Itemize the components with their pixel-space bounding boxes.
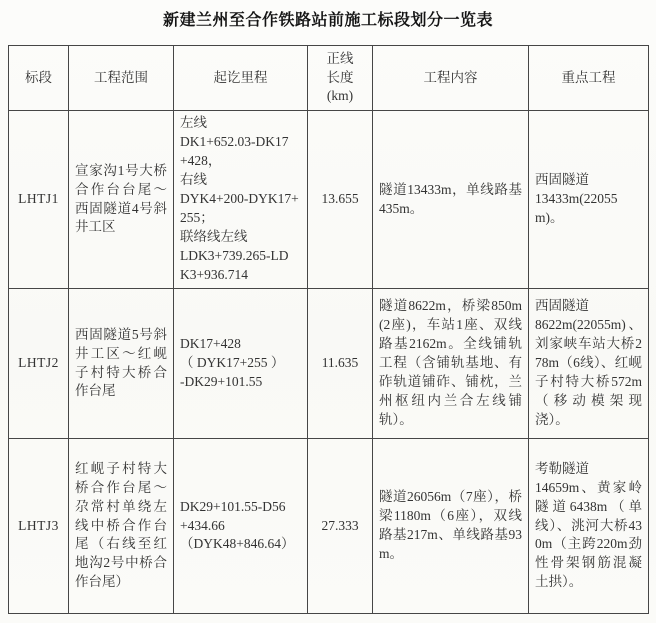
- cell-key-projects: 考勒隧道 14659m、黄家岭隧道6438m（单线）、洮河大桥430m（主跨22…: [529, 439, 649, 614]
- cell-mileage: DK17+428 （ DYK17+255 ） -DK29+101.55: [174, 289, 308, 439]
- cell-section: LHTJ1: [9, 111, 69, 289]
- cell-key-projects: 西固隧道 13433m(22055m)。: [529, 111, 649, 289]
- cell-mileage: 左线 DK1+652.03-DK17 +428， 右线 DYK4+200-DYK…: [174, 111, 308, 289]
- table-row-lhtj1: LHTJ1 宣家沟1号大桥合作台台尾～西固隧道4号斜井工区 左线 DK1+652…: [9, 111, 649, 289]
- cell-scope: 西固隧道5号斜井工区～红岘子村特大桥合作台尾: [69, 289, 174, 439]
- construction-section-table: 标段 工程范围 起讫里程 正线 长度 (km) 工程内容 重点工程 LHTJ1 …: [8, 45, 649, 614]
- cell-scope: 红岘子村特大桥合作台尾～尕常村单绕左线中桥合作台尾（右线至红地沟2号中桥合作台尾…: [69, 439, 174, 614]
- cell-length: 27.333: [308, 439, 373, 614]
- table-row-lhtj2: LHTJ2 西固隧道5号斜井工区～红岘子村特大桥合作台尾 DK17+428 （ …: [9, 289, 649, 439]
- col-header-length: 正线 长度 (km): [308, 46, 373, 111]
- col-header-content: 工程内容: [373, 46, 529, 111]
- cell-section: LHTJ3: [9, 439, 69, 614]
- col-header-mileage: 起讫里程: [174, 46, 308, 111]
- cell-content: 隧道13433m，单线路基435m。: [373, 111, 529, 289]
- col-header-scope: 工程范围: [69, 46, 174, 111]
- cell-content: 隧道26056m（7座），桥梁1180m（6座），双线路基217m、单线路基93…: [373, 439, 529, 614]
- cell-length: 13.655: [308, 111, 373, 289]
- cell-content: 隧道8622m，桥梁850m(2座)，车站1座、双线路基2162m。全线铺轨工程…: [373, 289, 529, 439]
- page-title: 新建兰州至合作铁路站前施工标段划分一览表: [0, 7, 656, 30]
- table-header-row: 标段 工程范围 起讫里程 正线 长度 (km) 工程内容 重点工程: [9, 46, 649, 111]
- cell-length: 11.635: [308, 289, 373, 439]
- cell-section: LHTJ2: [9, 289, 69, 439]
- cell-mileage: DK29+101.55-D56 +434.66 （DYK48+846.64）: [174, 439, 308, 614]
- col-header-section: 标段: [9, 46, 69, 111]
- document-page: 新建兰州至合作铁路站前施工标段划分一览表 标段 工程范围 起讫里程 正线 长度 …: [0, 0, 656, 623]
- cell-scope: 宣家沟1号大桥合作台台尾～西固隧道4号斜井工区: [69, 111, 174, 289]
- table-row-lhtj3: LHTJ3 红岘子村特大桥合作台尾～尕常村单绕左线中桥合作台尾（右线至红地沟2号…: [9, 439, 649, 614]
- col-header-key-projects: 重点工程: [529, 46, 649, 111]
- cell-key-projects: 西固隧道 8622m(22055m)、刘家峡车站大桥278m（6线）、红岘子村特…: [529, 289, 649, 439]
